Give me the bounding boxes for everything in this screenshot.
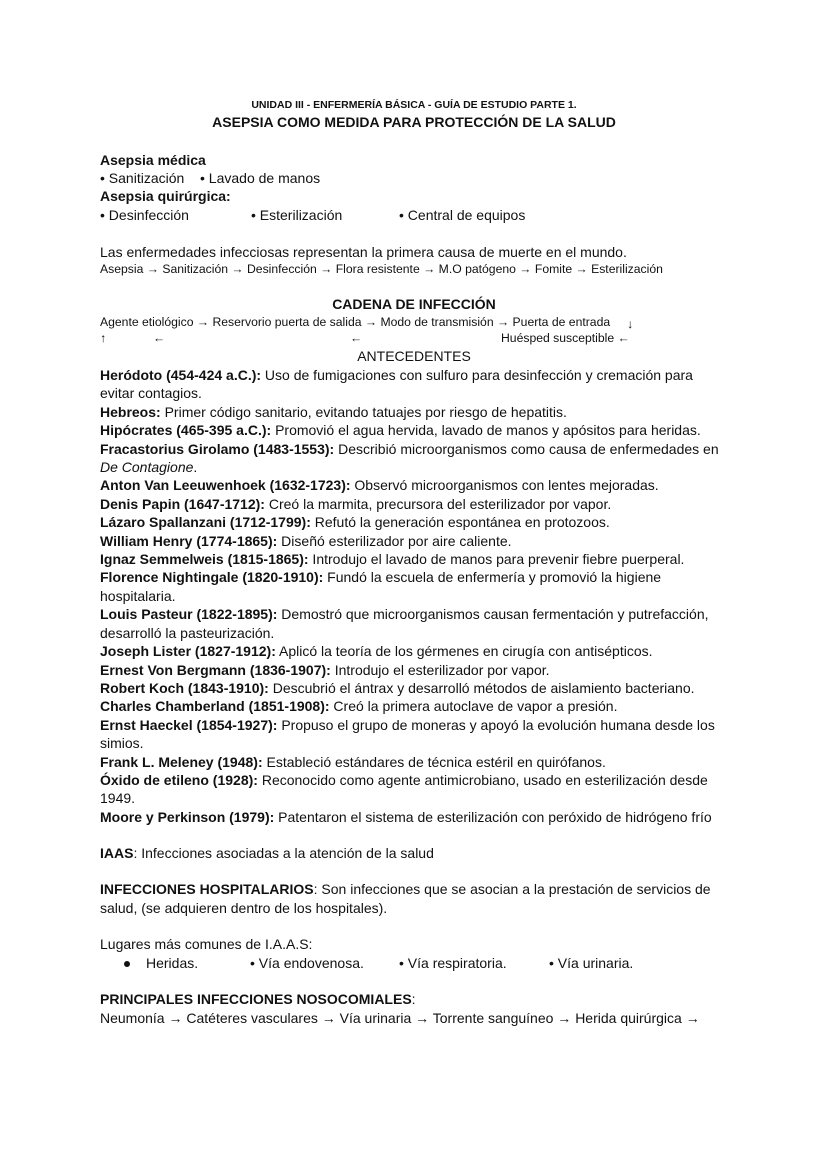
antecedente-text: Diseñó esterilizador por aire caliente. <box>277 533 511 549</box>
asepsia-quirurgica-item: • Central de equipos <box>399 206 525 224</box>
antecedente-entry: Charles Chamberland (1851-1908): Creó la… <box>100 697 730 715</box>
antecedente-text: Descubrió el ántrax y desarrolló métodos… <box>269 680 695 696</box>
antecedente-work-title: De Contagione <box>100 459 193 475</box>
bullet-icon: • <box>250 955 259 971</box>
lugares-item: Heridas. <box>124 954 198 972</box>
antecedente-name: Ernest Von Bergmann (1836-1907): <box>100 662 331 678</box>
antecedente-text: Creó la marmita, precursora del esterili… <box>265 496 611 512</box>
huesped-susceptible: Huésped susceptible ← <box>501 330 630 346</box>
antecedente-entry: Lázaro Spallanzani (1712-1799): Refutó l… <box>100 513 730 531</box>
bullet-icon: • <box>399 207 408 223</box>
asepsia-medica-item: • Lavado de manos <box>200 169 320 187</box>
antecedente-name: Louis Pasteur (1822-1895): <box>100 606 277 622</box>
antecedente-text: Estableció estándares de técnica estéril… <box>263 754 606 770</box>
lugares-item: • Vía urinaria. <box>549 954 633 972</box>
main-title: ASEPSIA COMO MEDIDA PARA PROTECCIÓN DE L… <box>100 114 728 130</box>
antecedente-text: Introdujo el esterilizador por vapor. <box>331 662 550 678</box>
antecedente-entry: William Henry (1774-1865): Diseñó esteri… <box>100 532 730 550</box>
antecedente-name: Joseph Lister (1827-1912): <box>100 643 276 659</box>
antecedente-entry: Joseph Lister (1827-1912): Aplicó la teo… <box>100 642 730 660</box>
bullet-icon: • <box>100 207 109 223</box>
antecedente-text: Promovió el agua hervida, lavado de mano… <box>271 422 701 438</box>
antecedente-text: Aplicó la teoría de los gérmenes en ciru… <box>276 643 653 659</box>
antecedente-entry: Hebreos: Primer código sanitario, evitan… <box>100 403 730 421</box>
intro-sentence: Las enfermedades infecciosas representan… <box>100 243 627 261</box>
nosocomiales-heading: PRINCIPALES INFECCIONES NOSOCOMIALES: <box>100 990 416 1008</box>
antecedente-name: Charles Chamberland (1851-1908): <box>100 698 330 714</box>
antecedente-entry: Ignaz Semmelweis (1815-1865): Introdujo … <box>100 550 730 568</box>
antecedente-text: Describió microorganismos como causa de … <box>334 441 718 457</box>
unit-title: UNIDAD III - ENFERMERÍA BÁSICA - GUÍA DE… <box>100 99 728 111</box>
antecedente-entry: Robert Koch (1843-1910): Descubrió el án… <box>100 679 730 697</box>
asepsia-sequence: Asepsia → Sanitización → Desinfección → … <box>100 261 663 277</box>
hospitalarios-definition: INFECCIONES HOSPITALARIOS: Son infeccion… <box>100 880 728 918</box>
asepsia-medica-item: • Sanitización <box>100 169 184 187</box>
antecedente-name: Hebreos: <box>100 404 161 420</box>
bullet-icon: • <box>100 170 109 186</box>
antecedente-text: Patentaron el sistema de esterilización … <box>274 809 711 825</box>
antecedente-name: Robert Koch (1843-1910): <box>100 680 269 696</box>
antecedente-name: Anton Van Leeuwenhoek (1632-1723): <box>100 477 351 493</box>
antecedente-entry: Ernest Von Bergmann (1836-1907): Introdu… <box>100 661 730 679</box>
antecedente-name: Lázaro Spallanzani (1712-1799): <box>100 514 311 530</box>
cadena-heading: CADENA DE INFECCIÓN <box>100 295 728 313</box>
antecedente-name: Ernst Haeckel (1854-1927): <box>100 717 277 733</box>
antecedente-text: Refutó la generación espontánea en proto… <box>311 514 610 530</box>
antecedente-name: Frank L. Meleney (1948): <box>100 754 263 770</box>
lugares-heading: Lugares más comunes de I.A.A.S: <box>100 935 312 953</box>
antecedentes-heading: ANTECEDENTES <box>100 347 728 365</box>
antecedente-name: Denis Papin (1647-1712): <box>100 496 265 512</box>
antecedente-name: Hipócrates (465-395 a.C.): <box>100 422 271 438</box>
bullet-icon: • <box>549 955 558 971</box>
antecedente-entry: Frank L. Meleney (1948): Estableció está… <box>100 753 730 771</box>
left-arrow-icon: ← <box>153 330 165 346</box>
antecedente-name: Florence Nightingale (1820-1910): <box>100 569 323 585</box>
antecedente-entry: Florence Nightingale (1820-1910): Fundó … <box>100 568 730 605</box>
antecedente-text: Observó microorganismos con lentes mejor… <box>351 477 659 493</box>
antecedente-text: Primer código sanitario, evitando tatuaj… <box>161 404 567 420</box>
nosocomiales-sequence: Neumonía → Catéteres vasculares → Vía ur… <box>100 1009 700 1027</box>
antecedente-entry: Fracastorius Girolamo (1483-1553): Descr… <box>100 440 730 477</box>
lugares-item: • Vía respiratoria. <box>399 954 507 972</box>
antecedente-entry: Ernst Haeckel (1854-1927): Propuso el gr… <box>100 716 730 753</box>
up-arrow-icon: ↑ <box>100 330 106 346</box>
antecedente-name: William Henry (1774-1865): <box>100 533 277 549</box>
bullet-icon: • <box>251 207 260 223</box>
bullet-icon: • <box>200 170 209 186</box>
antecedentes-list: Heródoto (454-424 a.C.): Uso de fumigaci… <box>100 366 730 826</box>
asepsia-quirurgica-item: • Desinfección <box>100 206 189 224</box>
antecedente-name: Heródoto (454-424 a.C.): <box>100 367 261 383</box>
antecedente-text: Creó la primera autoclave de vapor a pre… <box>330 698 618 714</box>
bullet-icon: • <box>399 955 408 971</box>
cadena-row1: Agente etiológico → Reservorio puerta de… <box>100 314 610 330</box>
asepsia-medica-heading: Asepsia médica <box>100 151 206 169</box>
antecedente-entry: Heródoto (454-424 a.C.): Uso de fumigaci… <box>100 366 730 403</box>
antecedente-entry: Anton Van Leeuwenhoek (1632-1723): Obser… <box>100 476 730 494</box>
antecedente-name: Fracastorius Girolamo (1483-1553): <box>100 441 334 457</box>
antecedente-name: Moore y Perkinson (1979): <box>100 809 274 825</box>
antecedente-entry: Óxido de etileno (1928): Reconocido como… <box>100 771 730 808</box>
antecedente-entry: Louis Pasteur (1822-1895): Demostró que … <box>100 605 730 642</box>
antecedente-entry: Denis Papin (1647-1712): Creó la marmita… <box>100 495 730 513</box>
antecedente-entry: Hipócrates (465-395 a.C.): Promovió el a… <box>100 421 730 439</box>
lugares-item: • Vía endovenosa. <box>250 954 364 972</box>
bullet-icon <box>124 961 130 967</box>
antecedente-text: Introdujo el lavado de manos para preven… <box>309 551 685 567</box>
asepsia-quirurgica-heading: Asepsia quirúrgica: <box>100 187 231 205</box>
iaas-definition: IAAS: Infecciones asociadas a la atenció… <box>100 844 434 862</box>
antecedente-entry: Moore y Perkinson (1979): Patentaron el … <box>100 808 730 826</box>
left-arrow-icon: ← <box>350 330 362 346</box>
asepsia-quirurgica-item: • Esterilización <box>251 206 342 224</box>
antecedente-tail: . <box>193 459 197 475</box>
antecedente-name: Ignaz Semmelweis (1815-1865): <box>100 551 309 567</box>
antecedente-name: Óxido de etileno (1928): <box>100 772 258 788</box>
